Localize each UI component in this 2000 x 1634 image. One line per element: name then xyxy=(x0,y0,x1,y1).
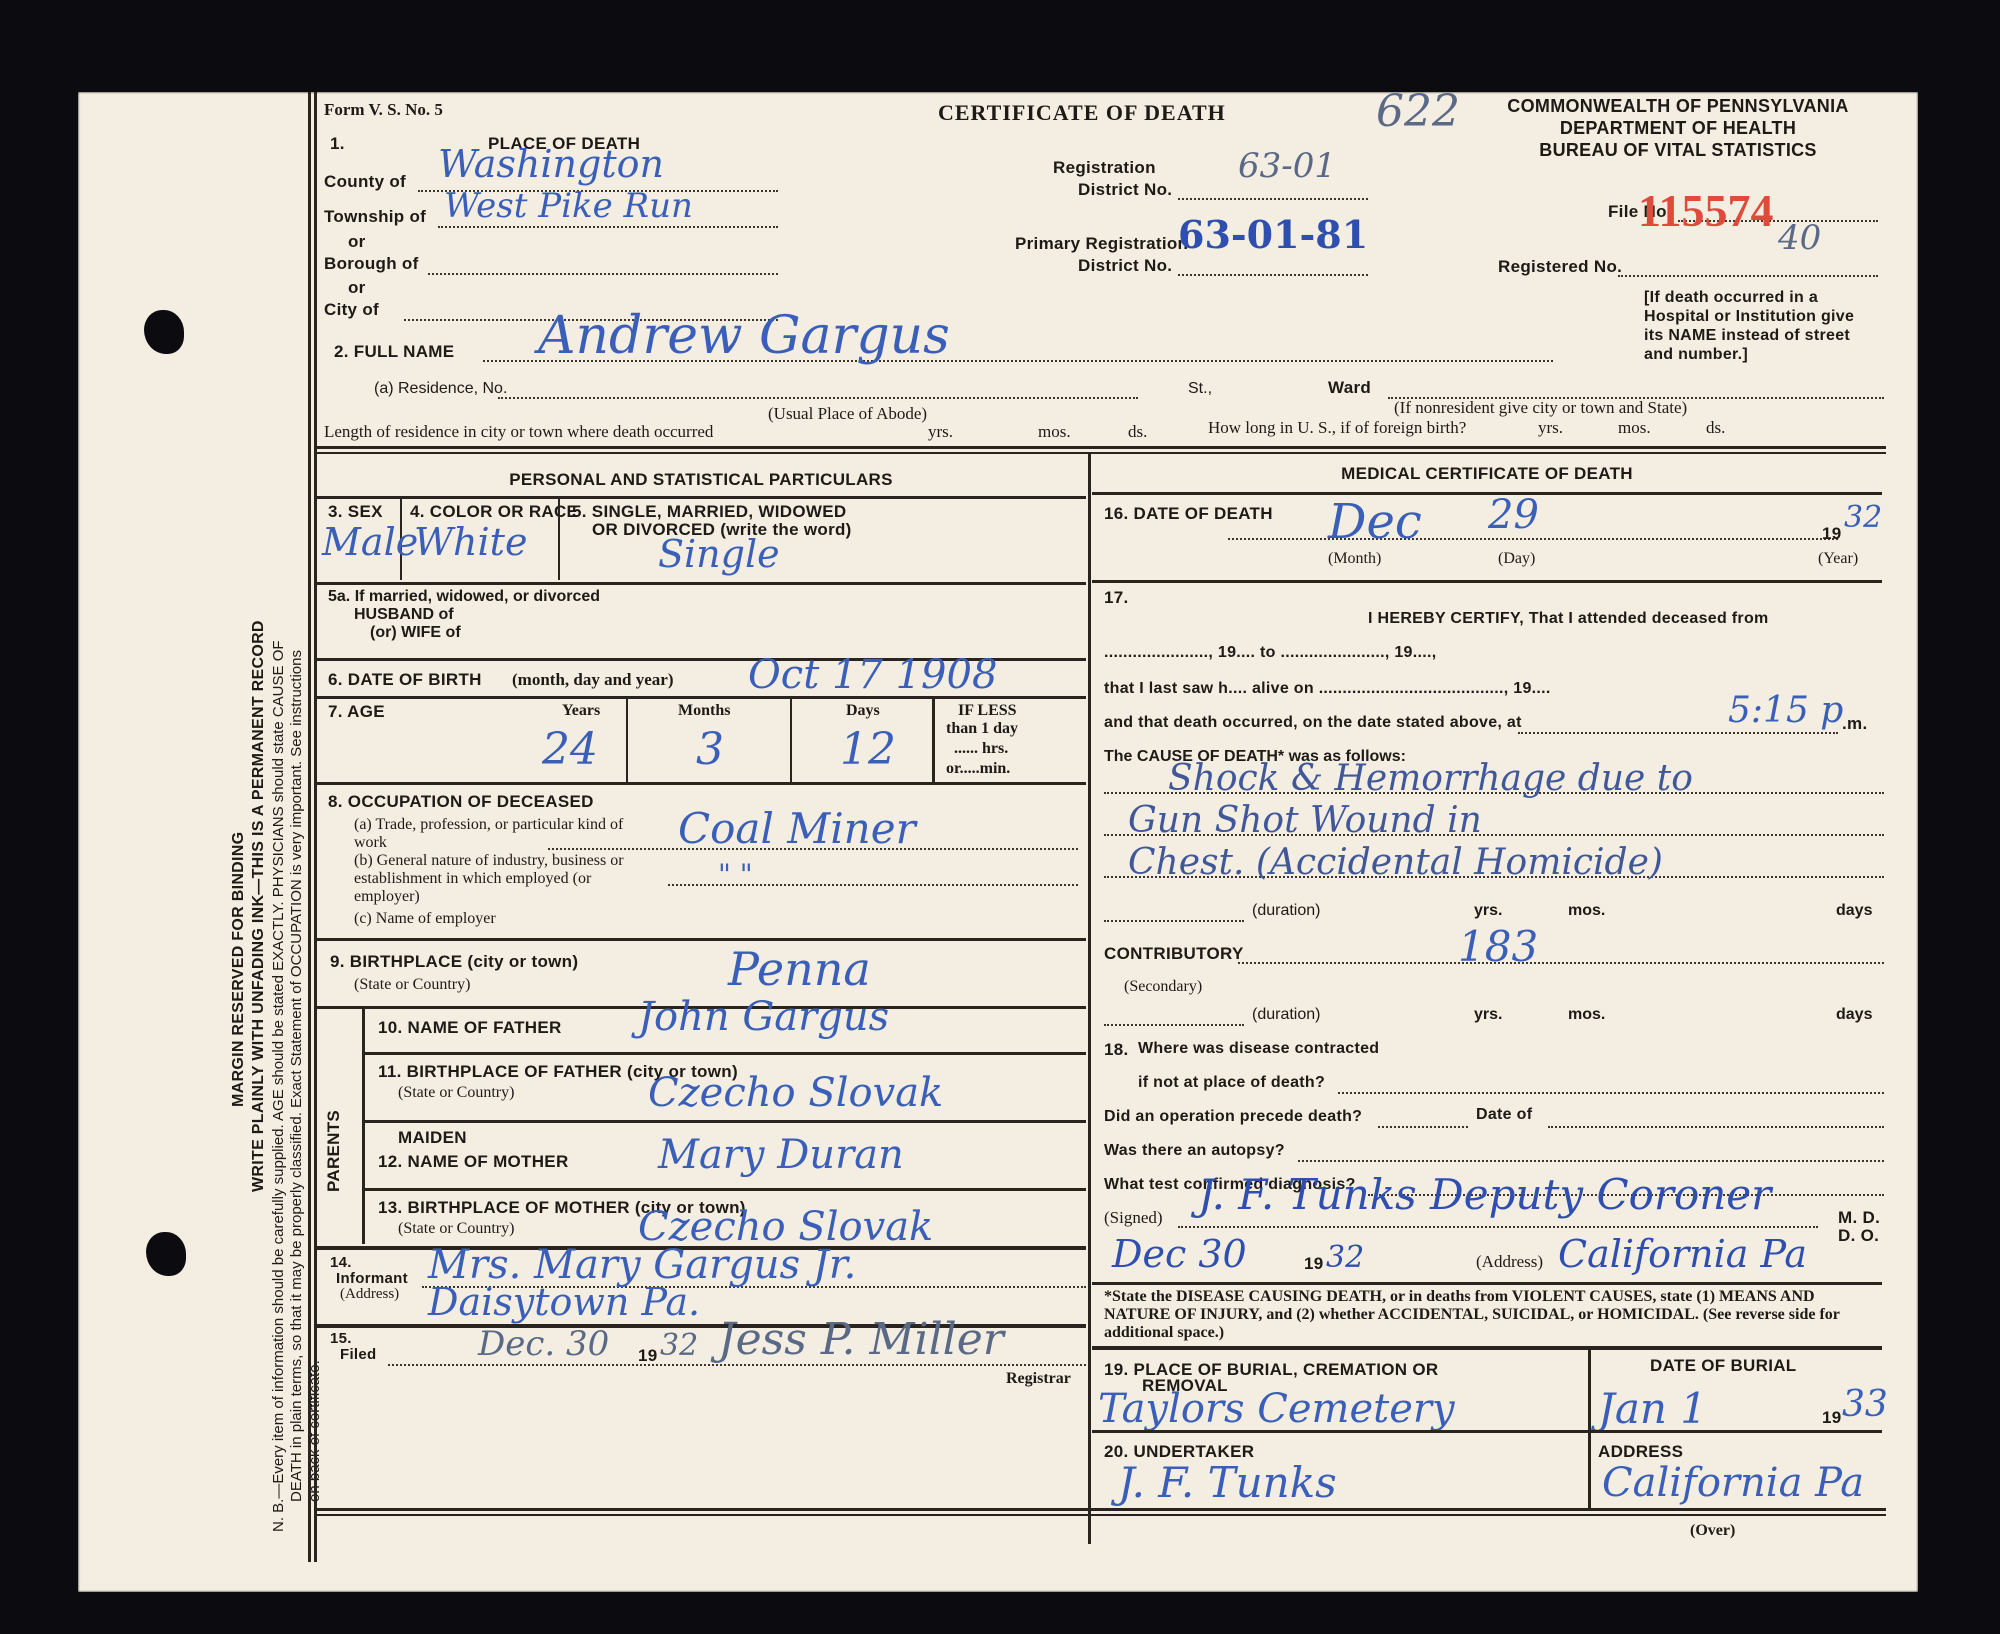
mother-name-value[interactable]: Mary Duran xyxy=(658,1132,904,1178)
margin-note-binding: MARGIN RESERVED FOR BINDING xyxy=(230,832,248,1107)
margin-note-ink: WRITE PLAINLY WITH UNFADING INK—THIS IS … xyxy=(250,620,268,1192)
age-months-value[interactable]: 3 xyxy=(696,724,724,775)
death-occurred-label: and that death occurred, on the date sta… xyxy=(1104,714,1522,732)
full-name-label: 2. FULL NAME xyxy=(334,342,454,362)
bottom-rule xyxy=(316,1514,1886,1516)
operation-field[interactable] xyxy=(1378,1126,1468,1128)
operation-date-label: Date of xyxy=(1476,1106,1532,1124)
dod-field-line xyxy=(1228,538,1838,540)
residence-label: (a) Residence, No. xyxy=(374,380,507,398)
row-rule xyxy=(364,1188,1086,1191)
registration-district-value[interactable]: 63-01 xyxy=(1238,146,1336,186)
street-label: St., xyxy=(1188,380,1212,398)
row-rule xyxy=(1092,492,1882,495)
filed-year-prefix: 19 xyxy=(638,1346,658,1366)
birthplace-sub: (State or Country) xyxy=(354,976,470,994)
dob-sub: (month, day and year) xyxy=(512,670,674,690)
left-border-rule xyxy=(314,92,317,1562)
county-label: County of xyxy=(324,172,406,192)
row-rule xyxy=(364,1120,1086,1123)
time-field-line xyxy=(1518,732,1838,734)
cell-divider xyxy=(626,698,628,782)
occupation-c-label: (c) Name of employer xyxy=(354,910,496,928)
undertaker-address-label: ADDRESS xyxy=(1598,1442,1683,1462)
row-rule xyxy=(316,938,1086,941)
do-label: D. O. xyxy=(1838,1226,1879,1246)
duration-mos-2: mos. xyxy=(1568,1006,1605,1024)
physician-signature[interactable]: J. F. Tunks Deputy Coroner xyxy=(1198,1170,1771,1219)
where-contracted-label: Where was disease contracted xyxy=(1138,1040,1379,1058)
informant-sub: (Address) xyxy=(340,1286,399,1303)
sex-label: 3. SEX xyxy=(328,502,383,522)
dod-year-value[interactable]: 32 xyxy=(1844,500,1882,535)
cell-divider xyxy=(790,698,792,782)
birthplace-value[interactable]: Penna xyxy=(728,942,871,996)
cert-num: 17. xyxy=(1104,588,1129,608)
over-label: (Over) xyxy=(1690,1522,1735,1540)
where-contracted-label-2: if not at place of death? xyxy=(1138,1074,1325,1092)
row-rule xyxy=(316,696,1086,699)
agency-line1: COMMONWEALTH OF PENNSYLVANIA xyxy=(1468,96,1888,117)
occupation-b-label: (b) General nature of industry, business… xyxy=(354,852,654,906)
hospital-note: [If death occurred in a Hospital or Inst… xyxy=(1644,288,1874,364)
age-days-value[interactable]: 12 xyxy=(840,724,896,775)
where-num: 18. xyxy=(1104,1040,1129,1060)
row-rule xyxy=(1092,1346,1882,1350)
mother-name-label: 12. NAME OF MOTHER xyxy=(378,1152,569,1172)
contributory-value[interactable]: 183 xyxy=(1458,922,1538,971)
duration-yrs: yrs. xyxy=(1474,902,1502,920)
margin-note-nb2: DEATH in plain terms, so that it may be … xyxy=(288,650,305,1502)
sign-date-value[interactable]: Dec 30 xyxy=(1112,1232,1247,1276)
less-than-day-2: than 1 day xyxy=(946,720,1018,738)
birthplace-label: 9. BIRTHPLACE (city or town) xyxy=(330,952,578,972)
form-id: Form V. S. No. 5 xyxy=(324,100,443,120)
nonresident-note: (If nonresident give city or town and St… xyxy=(1394,398,1687,418)
footnote: *State the DISEASE CAUSING DEATH, or in … xyxy=(1104,1288,1884,1342)
race-value[interactable]: White xyxy=(414,520,527,564)
cell-divider xyxy=(932,698,935,782)
foreign-yrs: yrs. xyxy=(1538,418,1563,438)
borough-label: Borough of xyxy=(324,254,419,274)
margin-note-nb1: N. B.—Every item of information should b… xyxy=(270,640,287,1532)
operation-date-field[interactable] xyxy=(1548,1126,1884,1128)
burial-year-prefix: 19 xyxy=(1822,1408,1842,1428)
foreign-mos: mos. xyxy=(1618,418,1651,438)
marital-label-1: 5. SINGLE, MARRIED, WIDOWED xyxy=(572,502,846,522)
length-mos: mos. xyxy=(1038,422,1071,442)
section-rule xyxy=(316,452,1886,454)
duration-days-2: days xyxy=(1836,1006,1872,1024)
father-name-value[interactable]: John Gargus xyxy=(638,994,889,1040)
signed-label: (Signed) xyxy=(1104,1208,1163,1228)
maiden-label: MAIDEN xyxy=(398,1128,467,1148)
marital-value[interactable]: Single xyxy=(658,532,780,576)
md-label: M. D. xyxy=(1838,1208,1880,1228)
column-divider xyxy=(1088,454,1091,1544)
sex-value[interactable]: Male xyxy=(322,520,418,564)
dob-label: 6. DATE OF BIRTH xyxy=(328,670,482,690)
filed-year-value[interactable]: 32 xyxy=(660,1328,698,1363)
less-than-day-min: or.....min. xyxy=(946,760,1010,778)
row-rule xyxy=(316,496,1086,499)
cert-text: I HEREBY CERTIFY, That I attended deceas… xyxy=(1368,610,1769,628)
informant-address-value[interactable]: Daisytown Pa. xyxy=(428,1280,700,1324)
filed-label: Filed xyxy=(340,1346,377,1363)
full-name-value[interactable]: Andrew Gargus xyxy=(538,306,950,366)
burial-date-value[interactable]: Jan 1 xyxy=(1598,1384,1707,1433)
occupation-b-value[interactable]: " " xyxy=(718,858,753,891)
burial-date-label: DATE OF BURIAL xyxy=(1650,1356,1796,1376)
medical-heading: MEDICAL CERTIFICATE OF DEATH xyxy=(1092,464,1882,484)
duration-yrs-2: yrs. xyxy=(1474,1006,1502,1024)
file-number-stamp: 115574 xyxy=(1638,184,1773,237)
filed-date-value[interactable]: Dec. 30 xyxy=(478,1324,609,1364)
day-caption: (Day) xyxy=(1498,550,1535,568)
secondary-label: (Secondary) xyxy=(1124,978,1202,996)
row-rule xyxy=(1092,1430,1882,1433)
row-rule xyxy=(316,782,1086,785)
primary-district-value[interactable]: 63-01-81 xyxy=(1178,212,1368,257)
parents-divider xyxy=(362,1008,365,1244)
occupation-label: 8. OCCUPATION OF DECEASED xyxy=(328,792,594,812)
years-label: Years xyxy=(562,702,600,720)
father-birthplace-value[interactable]: Czecho Slovak xyxy=(648,1070,943,1116)
district-label: District No. xyxy=(1078,180,1172,200)
burial-year-value[interactable]: 33 xyxy=(1842,1384,1888,1425)
age-label: 7. AGE xyxy=(328,702,385,722)
registered-no-value[interactable]: 40 xyxy=(1778,218,1821,258)
cell-divider xyxy=(1588,1348,1591,1508)
autopsy-label: Was there an autopsy? xyxy=(1104,1142,1285,1160)
length-yrs: yrs. xyxy=(928,422,953,442)
sign-year-value[interactable]: 32 xyxy=(1326,1240,1364,1275)
months-label: Months xyxy=(678,702,730,720)
binding-hole xyxy=(146,1232,186,1276)
document-title: CERTIFICATE OF DEATH xyxy=(938,100,1226,126)
length-ds: ds. xyxy=(1128,422,1147,442)
dod-year-prefix: 19 xyxy=(1822,524,1842,544)
township-value[interactable]: West Pike Run xyxy=(444,186,693,226)
or-label: or xyxy=(348,278,366,298)
undertaker-value[interactable]: J. F. Tunks xyxy=(1118,1458,1337,1507)
place-num: 1. xyxy=(330,134,345,154)
race-label: 4. COLOR OR RACE xyxy=(410,502,578,522)
row-rule xyxy=(316,582,1086,585)
operation-label: Did an operation precede death? xyxy=(1104,1108,1362,1126)
undertaker-address-value[interactable]: California Pa xyxy=(1602,1460,1864,1506)
contributory-label: CONTRIBUTORY xyxy=(1104,944,1244,964)
dob-value[interactable]: Oct 17 1908 xyxy=(748,652,997,698)
year-caption: (Year) xyxy=(1818,550,1858,568)
registration-label: Registration xyxy=(1053,158,1156,178)
spouse-label-2: HUSBAND of xyxy=(354,606,454,624)
informant-label: Informant xyxy=(336,1270,408,1287)
secondary-duration-field xyxy=(1104,1024,1244,1026)
duration-field xyxy=(1104,920,1244,922)
registered-no-label: Registered No. xyxy=(1498,257,1622,277)
signature-field-line xyxy=(1178,1226,1818,1228)
residence-field-line[interactable] xyxy=(498,397,1138,399)
cause-value-2[interactable]: Gun Shot Wound in xyxy=(1128,800,1482,841)
autopsy-field[interactable] xyxy=(1298,1160,1884,1162)
parents-label: PARENTS xyxy=(324,1110,344,1192)
physician-address-label: (Address) xyxy=(1476,1252,1543,1272)
foreign-birth-label: How long in U. S., if of foreign birth? xyxy=(1208,418,1466,438)
occupation-a-label: (a) Trade, profession, or particular kin… xyxy=(354,816,644,852)
county-value[interactable]: Washington xyxy=(438,142,664,186)
row-rule xyxy=(364,1052,1086,1055)
ward-label: Ward xyxy=(1328,378,1371,398)
father-birthplace-sub: (State or Country) xyxy=(398,1084,514,1102)
personal-heading: PERSONAL AND STATISTICAL PARTICULARS xyxy=(316,470,1086,490)
section-rule xyxy=(316,446,1886,449)
mother-birthplace-sub: (State or Country) xyxy=(398,1220,514,1238)
cell-divider xyxy=(558,498,560,580)
burial-place-value[interactable]: Taylors Cemetery xyxy=(1098,1386,1455,1432)
agency-line2: DEPARTMENT OF HEALTH xyxy=(1468,118,1888,139)
month-caption: (Month) xyxy=(1328,550,1381,568)
district-field-line xyxy=(1178,198,1368,200)
bottom-rule xyxy=(316,1508,1886,1511)
row-rule xyxy=(1092,580,1882,583)
corner-number: 622 xyxy=(1376,86,1460,137)
duration-mos: mos. xyxy=(1568,902,1605,920)
foreign-ds: ds. xyxy=(1706,418,1725,438)
dod-day-value[interactable]: 29 xyxy=(1488,492,1539,538)
row-rule xyxy=(1092,1282,1882,1285)
occupation-a-value[interactable]: Coal Miner xyxy=(678,804,916,853)
certificate-paper: MARGIN RESERVED FOR BINDING WRITE PLAINL… xyxy=(78,92,1918,1592)
primary-district-label: District No. xyxy=(1078,256,1172,276)
spouse-label-3: (or) WIFE of xyxy=(370,624,461,642)
age-years-value[interactable]: 24 xyxy=(542,724,598,775)
contributory-field-line xyxy=(1238,962,1884,964)
time-suffix: .m. xyxy=(1842,714,1867,734)
registrar-signature[interactable]: Jess P. Miller xyxy=(718,1314,1004,1365)
cert-range: ......................, 19.... to ......… xyxy=(1104,644,1436,662)
agency-line3: BUREAU OF VITAL STATISTICS xyxy=(1468,140,1888,161)
dod-label: 16. DATE OF DEATH xyxy=(1104,504,1273,524)
sign-year-prefix: 19 xyxy=(1304,1254,1324,1274)
or-label: or xyxy=(348,232,366,252)
father-name-label: 10. NAME OF FATHER xyxy=(378,1018,562,1038)
days-label: Days xyxy=(846,702,880,720)
cause-value-3[interactable]: Chest. (Accidental Homicide) xyxy=(1128,842,1663,883)
duration-label-2: (duration) xyxy=(1252,1006,1320,1024)
binding-hole xyxy=(144,310,184,354)
duration-label: (duration) xyxy=(1252,902,1320,920)
primary-registration-label: Primary Registration xyxy=(1015,234,1188,254)
duration-days: days xyxy=(1836,902,1872,920)
city-label: City of xyxy=(324,300,379,320)
left-border-rule xyxy=(308,92,311,1562)
filed-num: 15. xyxy=(330,1330,352,1347)
less-than-day-hrs: ...... hrs. xyxy=(954,740,1008,758)
registrar-label: Registrar xyxy=(1006,1370,1071,1388)
cause-value-1[interactable]: Shock & Hemorrhage due to xyxy=(1168,758,1693,799)
length-residence-label: Length of residence in city or town wher… xyxy=(324,422,713,442)
informant-num: 14. xyxy=(330,1254,352,1271)
primary-district-field-line xyxy=(1178,274,1368,276)
borough-field-line[interactable] xyxy=(428,273,778,275)
time-of-death-value[interactable]: 5:15 p xyxy=(1728,690,1843,731)
less-than-day-1: IF LESS xyxy=(958,702,1017,720)
spouse-label-1: 5a. If married, widowed, or divorced xyxy=(328,588,600,606)
where-contracted-field[interactable] xyxy=(1338,1092,1884,1094)
registered-no-field-line xyxy=(1618,275,1878,277)
abode-note: (Usual Place of Abode) xyxy=(768,404,927,424)
township-label: Township of xyxy=(324,207,426,227)
township-field-line xyxy=(438,226,778,228)
physician-address-value[interactable]: California Pa xyxy=(1558,1232,1807,1276)
last-saw: that I last saw h.... alive on .........… xyxy=(1104,680,1551,698)
dod-month-value[interactable]: Dec xyxy=(1328,494,1422,550)
